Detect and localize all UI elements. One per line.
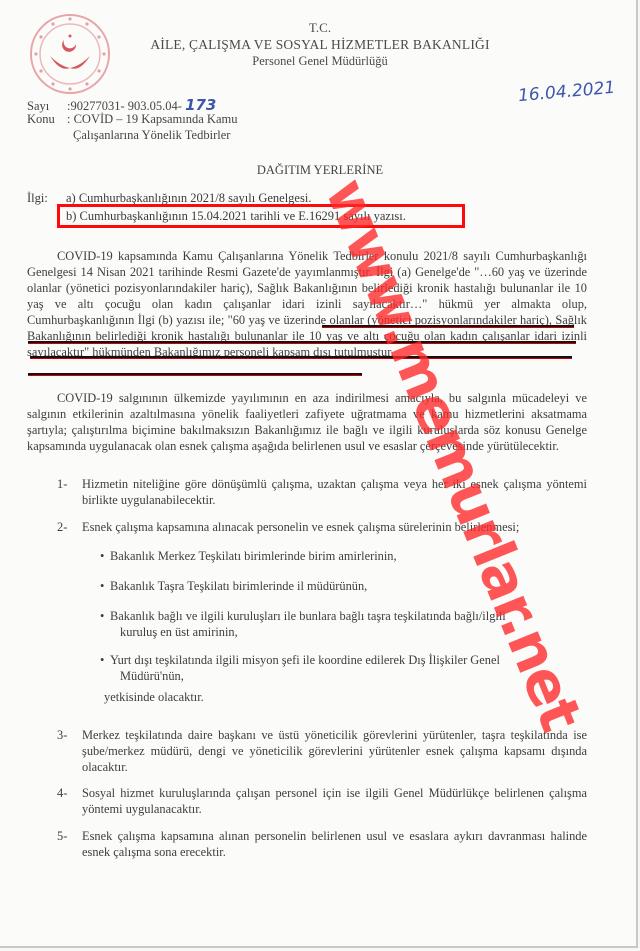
underline-1 bbox=[322, 325, 574, 328]
list-text: Hizmetin niteliğine göre dönüşümlü çalış… bbox=[82, 476, 587, 508]
list-number: 5- bbox=[57, 828, 67, 844]
handwritten-date: 16.04.2021 bbox=[517, 78, 616, 106]
paragraph-2: COVID-19 salgınının ülkemizde yayılımını… bbox=[27, 390, 587, 454]
underline-3 bbox=[30, 356, 572, 359]
yetki-text: yetkisinde olacaktır. bbox=[104, 690, 204, 705]
bullet-icon: • bbox=[100, 578, 104, 594]
konu-line-2: Çalışanlarına Yönelik Tedbirler bbox=[73, 128, 230, 143]
sayi-value: :90277031- 903.05.04- bbox=[67, 99, 182, 113]
list-text: Sosyal hizmet kuruluşlarında çalışan per… bbox=[82, 785, 587, 817]
list-number: 4- bbox=[57, 785, 67, 801]
list-number: 1- bbox=[57, 476, 67, 492]
highlight-box bbox=[57, 204, 465, 228]
list-item-3: 3- Merkez teşkilatında daire başkanı ve … bbox=[57, 727, 587, 775]
header-state: T.C. bbox=[120, 20, 520, 36]
list-number: 2- bbox=[57, 519, 67, 535]
konu-value: : COVİD – 19 Kapsamında Kamu bbox=[67, 112, 237, 126]
bullet-icon: • bbox=[100, 548, 104, 564]
document-title: DAĞITIM YERLERİNE bbox=[0, 163, 640, 178]
list-number: 3- bbox=[57, 727, 67, 743]
list-item-5: 5- Esnek çalışma kapsamına alınan person… bbox=[57, 828, 587, 860]
document-page: T.C. AİLE, ÇALIŞMA VE SOSYAL HİZMETLER B… bbox=[0, 0, 638, 948]
list-text: Merkez teşkilatında daire başkanı ve üst… bbox=[82, 727, 587, 775]
bullet-icon: • bbox=[100, 608, 104, 624]
header-ministry: AİLE, ÇALIŞMA VE SOSYAL HİZMETLER BAKANL… bbox=[120, 37, 520, 53]
ilgi-label: İlgi: bbox=[27, 191, 48, 206]
ministry-emblem-icon bbox=[28, 12, 112, 96]
underline-2 bbox=[28, 341, 576, 344]
list-item-4: 4- Sosyal hizmet kuruluşlarında çalışan … bbox=[57, 785, 587, 817]
header-department: Personel Genel Müdürlüğü bbox=[120, 54, 520, 69]
list-text: Esnek çalışma kapsamına alınan personeli… bbox=[82, 828, 587, 860]
paragraph-2-text: COVID-19 salgınının ülkemizde yayılımını… bbox=[27, 390, 587, 454]
konu-label: Konu bbox=[27, 112, 67, 127]
underline-4 bbox=[28, 373, 362, 376]
konu-line: Konu: COVİD – 19 Kapsamında Kamu bbox=[27, 112, 237, 127]
bullet-icon: • bbox=[100, 652, 104, 668]
